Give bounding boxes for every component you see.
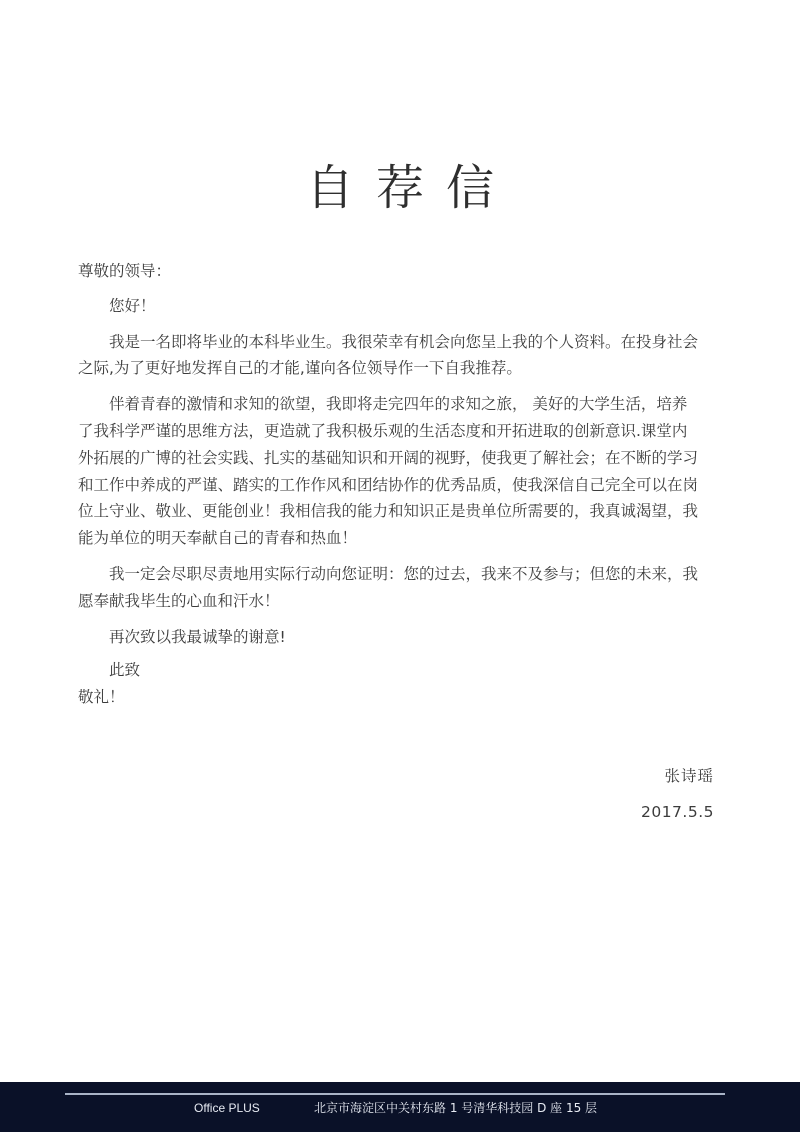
paragraph-line: 和工作中养成的严谨、踏实的工作作风和团结协作的优秀品质，使我深信自己完全可以在岗 <box>78 472 720 499</box>
paragraph-line: 外拓展的广博的社会实践、扎实的基础知识和开阔的视野，使我更了解社会；在不断的学习 <box>78 445 720 472</box>
signature-name: 张诗瑶 <box>641 764 714 788</box>
paragraph-intro: 我是一名即将毕业的本科毕业生。我很荣幸有机会向您呈上我的个人资料。在投身社会 之… <box>78 329 720 383</box>
thanks-line: 再次致以我最诚挚的谢意! <box>78 624 720 651</box>
paragraph-line: 之际,为了更好地发挥自己的才能,谨向各位领导作一下自我推荐。 <box>78 355 720 382</box>
paragraph-commitment: 我一定会尽职尽责地用实际行动向您证明：您的过去，我来不及参与；但您的未来，我 愿… <box>78 561 720 615</box>
document-title: 自荐信 <box>0 156 800 220</box>
closing-salute: 敬礼！ <box>78 684 720 711</box>
paragraph-line: 了我科学严谨的思维方法，更造就了我积极乐观的生活态度和开拓进取的创新意识.课堂内 <box>78 418 720 445</box>
paragraph-line: 伴着青春的激情和求知的欲望，我即将走完四年的求知之旅， 美好的大学生活，培养 <box>78 391 720 418</box>
footer-divider <box>65 1093 725 1095</box>
salutation: 尊敬的领导： <box>78 258 720 285</box>
document-page: 自荐信 尊敬的领导： 您好！ 我是一名即将毕业的本科毕业生。我很荣幸有机会向您呈… <box>0 0 800 1132</box>
signature-date: 2017.5.5 <box>641 800 714 824</box>
paragraph-line: 愿奉献我毕生的心血和汗水！ <box>78 588 720 615</box>
paragraph-line: 我是一名即将毕业的本科毕业生。我很荣幸有机会向您呈上我的个人资料。在投身社会 <box>78 329 720 356</box>
paragraph-experience: 伴着青春的激情和求知的欲望，我即将走完四年的求知之旅， 美好的大学生活，培养 了… <box>78 391 720 552</box>
footer-brand: Office PLUS <box>194 1100 260 1116</box>
paragraph-line: 位上守业、敬业、更能创业！我相信我的能力和知识正是贵单位所需要的，我真诚渴望，我 <box>78 498 720 525</box>
letter-body: 尊敬的领导： 您好！ 我是一名即将毕业的本科毕业生。我很荣幸有机会向您呈上我的个… <box>78 258 720 711</box>
footer-address: 北京市海淀区中关村东路 1 号清华科技园 D 座 15 层 <box>314 1100 597 1116</box>
paragraph-line: 我一定会尽职尽责地用实际行动向您证明：您的过去，我来不及参与；但您的未来，我 <box>78 561 720 588</box>
closing-phrase: 此致 <box>78 657 720 684</box>
greeting: 您好！ <box>78 293 720 320</box>
signature-block: 张诗瑶 2017.5.5 <box>641 764 714 824</box>
paragraph-line: 能为单位的明天奉献自己的青春和热血！ <box>78 525 720 552</box>
page-footer: Office PLUS 北京市海淀区中关村东路 1 号清华科技园 D 座 15 … <box>0 1082 800 1132</box>
